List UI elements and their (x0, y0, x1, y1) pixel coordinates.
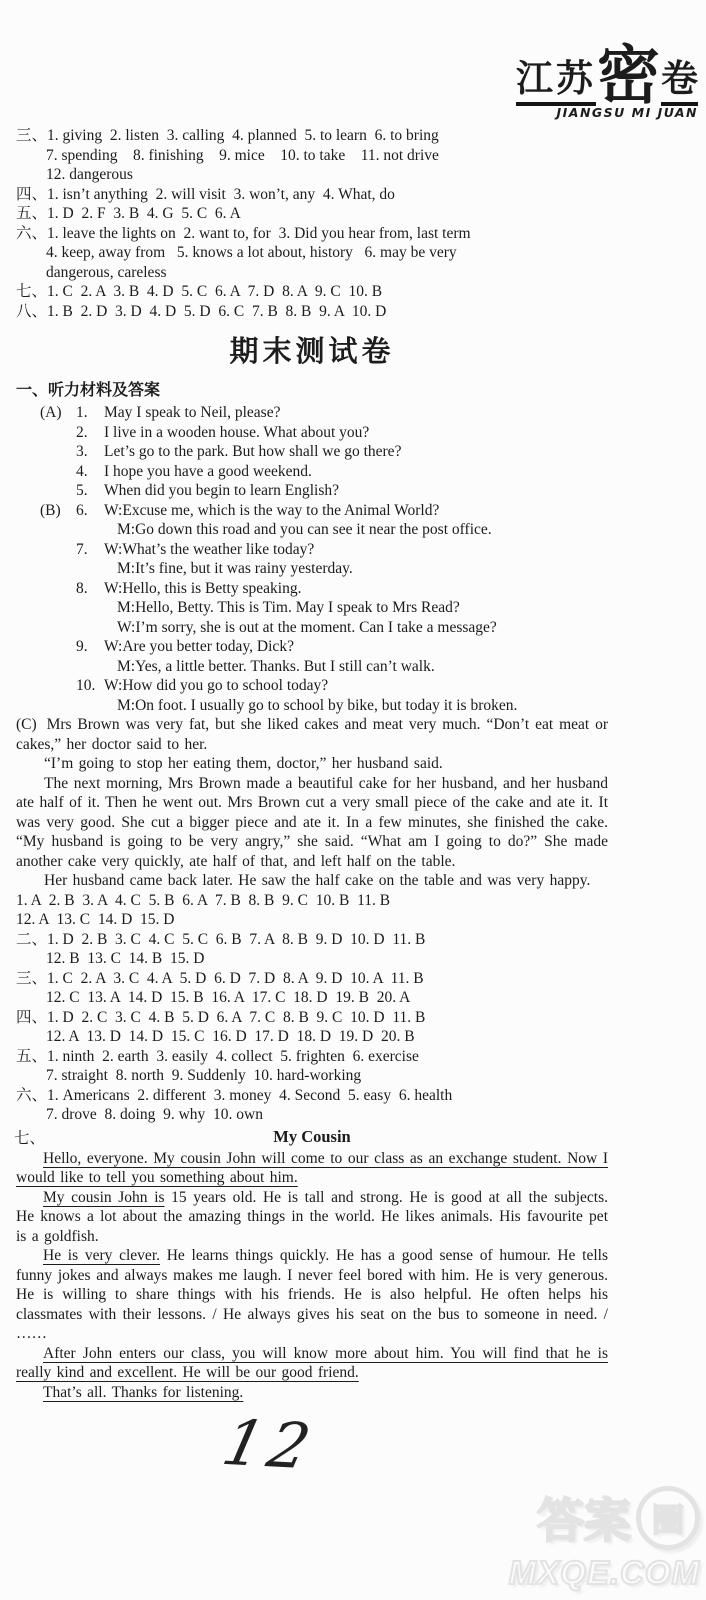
dialogue-line: W:I’m sorry, she is out at the moment. C… (104, 618, 608, 638)
item-text: I hope you have a good weekend. (104, 462, 608, 482)
logo-text-juan: 卷 (661, 60, 698, 106)
answer-line: 六、1. Americans 2. different 3. money 4. … (16, 1086, 608, 1106)
listening-sentence: 4.I hope you have a good weekend. (16, 462, 608, 482)
part-label (40, 481, 76, 501)
logo-text-jiangsu: 江苏 (516, 60, 596, 106)
dialogue-line: M:Yes, a little better. Thanks. But I st… (104, 657, 608, 677)
answer-line: 五、1. D 2. F 3. B 4. G 5. C 6. A (16, 204, 608, 224)
item-number: 9. (76, 637, 104, 676)
watermark-circle-glyph: 圈 (636, 1486, 700, 1550)
handwritten-page-number: 12 (216, 1406, 323, 1484)
item-text: When did you begin to learn English? (104, 481, 608, 501)
essay-body: Hello, everyone. My cousin John will com… (16, 1149, 608, 1403)
test-answers: 1. A 2. B 3. A 4. C 5. B 6. A 7. B 8. B … (16, 891, 608, 1125)
page-content: 三、1. giving 2. listen 3. calling 4. plan… (16, 126, 608, 1402)
dialogue-line: M:It’s fine, but it was rainy yesterday. (104, 559, 608, 579)
answer-line: 12. A 13. C 14. D 15. D (16, 910, 608, 930)
listening-section-heading: 一、听力材料及答案 (16, 379, 608, 403)
previous-paper-answers: 三、1. giving 2. listen 3. calling 4. plan… (16, 126, 608, 321)
listening-part-c: (C) Mrs Brown was very fat, but she like… (16, 715, 608, 891)
answer-line: 三、1. giving 2. listen 3. calling 4. plan… (16, 126, 608, 146)
listening-sentence: 2.I live in a wooden house. What about y… (16, 423, 608, 443)
listening-dialogue: 7.W:What’s the weather like today?M:It’s… (16, 540, 608, 579)
mxqe-watermark: MXQE.COM (509, 1554, 700, 1592)
part-label (40, 462, 76, 482)
item-number: 2. (76, 423, 104, 443)
dialogue-line: W:Are you better today, Dick? (104, 637, 608, 657)
essay-paragraph: After John enters our class, you will kn… (16, 1344, 608, 1383)
dialogue-line: W:How did you go to school today? (104, 676, 608, 696)
answer-line: 1. A 2. B 3. A 4. C 5. B 6. A 7. B 8. B … (16, 891, 608, 911)
listening-dialogue: 9.W:Are you better today, Dick?M:Yes, a … (16, 637, 608, 676)
answer-line: 7. spending 8. finishing 9. mice 10. to … (16, 146, 608, 166)
answer-line: 4. keep, away from 5. knows a lot about,… (16, 243, 608, 263)
passage-paragraph: “I’m going to stop her eating them, doct… (16, 754, 608, 774)
dialogue-lines: W:Hello, this is Betty speaking.M:Hello,… (104, 579, 608, 638)
answer-line: 六、1. leave the lights on 2. want to, for… (16, 224, 608, 244)
part-label: (B) (40, 501, 76, 540)
part-label (40, 579, 76, 638)
answer-line: 二、1. D 2. B 3. C 4. C 5. C 6. B 7. A 8. … (16, 930, 608, 950)
essay-text-segment: Hello, everyone. My cousin John will com… (16, 1150, 608, 1187)
part-label (40, 637, 76, 676)
item-number: 6. (76, 501, 104, 540)
listening-sentence: 5.When did you begin to learn English? (16, 481, 608, 501)
answer-line: 12. A 13. D 14. D 15. C 16. D 17. D 18. … (16, 1027, 608, 1047)
item-number: 5. (76, 481, 104, 501)
item-text: I live in a wooden house. What about you… (104, 423, 608, 443)
scanned-answer-page: 江苏 密 卷 JIANGSU MI JUAN 三、1. giving 2. li… (0, 0, 706, 1600)
listening-dialogue: 8.W:Hello, this is Betty speaking.M:Hell… (16, 579, 608, 638)
dialogue-lines: W:How did you go to school today?M:On fo… (104, 676, 608, 715)
essay-paragraph: My cousin John is 15 years old. He is ta… (16, 1188, 608, 1247)
part-label (40, 676, 76, 715)
answer-line: 12. C 13. A 14. D 15. B 16. A 17. C 18. … (16, 988, 608, 1008)
logo-subtitle: JIANGSU MI JUAN (556, 105, 698, 120)
passage-paragraph: Her husband came back later. He saw the … (16, 871, 608, 891)
watermark-text: 答案 (537, 1484, 631, 1551)
answer-line: 七、1. C 2. A 3. B 4. D 5. C 6. A 7. D 8. … (16, 282, 608, 302)
listening-sentence: 3.Let’s go to the park. But how shall we… (16, 442, 608, 462)
dialogue-line: W:Excuse me, which is the way to the Ani… (104, 501, 608, 521)
listening-dialogue: 10.W:How did you go to school today?M:On… (16, 676, 608, 715)
logo-text-mi: 密 (597, 48, 660, 106)
page-title: 期末测试卷 (16, 329, 608, 370)
answer-line: 四、1. D 2. C 3. C 4. B 5. D 6. A 7. C 8. … (16, 1008, 608, 1028)
dialogue-line: W:Hello, this is Betty speaking. (104, 579, 608, 599)
dialogue-line: M:On foot. I usually go to school by bik… (104, 696, 608, 716)
dialogue-lines: W:What’s the weather like today?M:It’s f… (104, 540, 608, 579)
item-text: Let’s go to the park. But how shall we g… (104, 442, 608, 462)
item-number: 1. (76, 403, 104, 423)
item-number: 3. (76, 442, 104, 462)
daanquan-watermark-logo: 答案 圈 (509, 1484, 700, 1551)
passage-paragraph: (C) Mrs Brown was very fat, but she like… (16, 715, 608, 754)
essay-paragraph: That’s all. Thanks for listening. (16, 1383, 608, 1403)
item-number: 8. (76, 579, 104, 638)
answer-line: dangerous, careless (16, 263, 608, 283)
part-label: (A) (40, 403, 76, 423)
watermark: 答案 圈 MXQE.COM (509, 1484, 700, 1592)
answer-line: 三、1. C 2. A 3. C 4. A 5. D 6. D 7. D 8. … (16, 969, 608, 989)
item-number: 7. (76, 540, 104, 579)
essay-title: My Cousin (273, 1127, 350, 1146)
part-label (40, 442, 76, 462)
dialogue-line: M:Hello, Betty. This is Tim. May I speak… (104, 598, 608, 618)
listening-part-a: (A)1.May I speak to Neil, please?2.I liv… (16, 403, 608, 501)
dialogue-line: M:Go down this road and you can see it n… (104, 520, 608, 540)
part-label: (C) (16, 716, 41, 733)
dialogue-line: W:What’s the weather like today? (104, 540, 608, 560)
answer-line: 7. straight 8. north 9. Suddenly 10. har… (16, 1066, 608, 1086)
essay-text-segment: After John enters our class, you will kn… (16, 1345, 608, 1382)
essay-section-prefix: 七、 (14, 1128, 45, 1150)
item-number: 4. (76, 462, 104, 482)
item-text: May I speak to Neil, please? (104, 403, 608, 423)
essay-text-segment: He is very clever. (43, 1247, 160, 1264)
answer-line: 五、1. ninth 2. earth 3. easily 4. collect… (16, 1047, 608, 1067)
answer-line: 四、1. isn’t anything 2. will visit 3. won… (16, 185, 608, 205)
logo-characters: 江苏 密 卷 (516, 48, 698, 106)
listening-sentence: (A)1.May I speak to Neil, please? (16, 403, 608, 423)
essay-text-segment: That’s all. Thanks for listening. (43, 1384, 243, 1401)
answer-line: 八、1. B 2. D 3. D 4. D 5. D 6. C 7. B 8. … (16, 302, 608, 322)
listening-dialogue: (B)6.W:Excuse me, which is the way to th… (16, 501, 608, 540)
essay-paragraph: Hello, everyone. My cousin John will com… (16, 1149, 608, 1188)
essay-title-row: 七、 My Cousin (16, 1126, 608, 1149)
part-label (40, 540, 76, 579)
answer-line: 12. dangerous (16, 165, 608, 185)
passage-paragraph: The next morning, Mrs Brown made a beaut… (16, 774, 608, 872)
listening-part-b: (B)6.W:Excuse me, which is the way to th… (16, 501, 608, 716)
essay-paragraph: He is very clever. He learns things quic… (16, 1246, 608, 1344)
answer-line: 7. drove 8. doing 9. why 10. own (16, 1105, 608, 1125)
answer-line: 12. B 13. C 14. B 15. D (16, 949, 608, 969)
dialogue-lines: W:Excuse me, which is the way to the Ani… (104, 501, 608, 540)
dialogue-lines: W:Are you better today, Dick?M:Yes, a li… (104, 637, 608, 676)
item-number: 10. (76, 676, 104, 715)
part-label (40, 423, 76, 443)
essay-text-segment: My cousin John is (43, 1189, 165, 1206)
jiangsu-mijuan-logo: 江苏 密 卷 JIANGSU MI JUAN (516, 48, 698, 120)
